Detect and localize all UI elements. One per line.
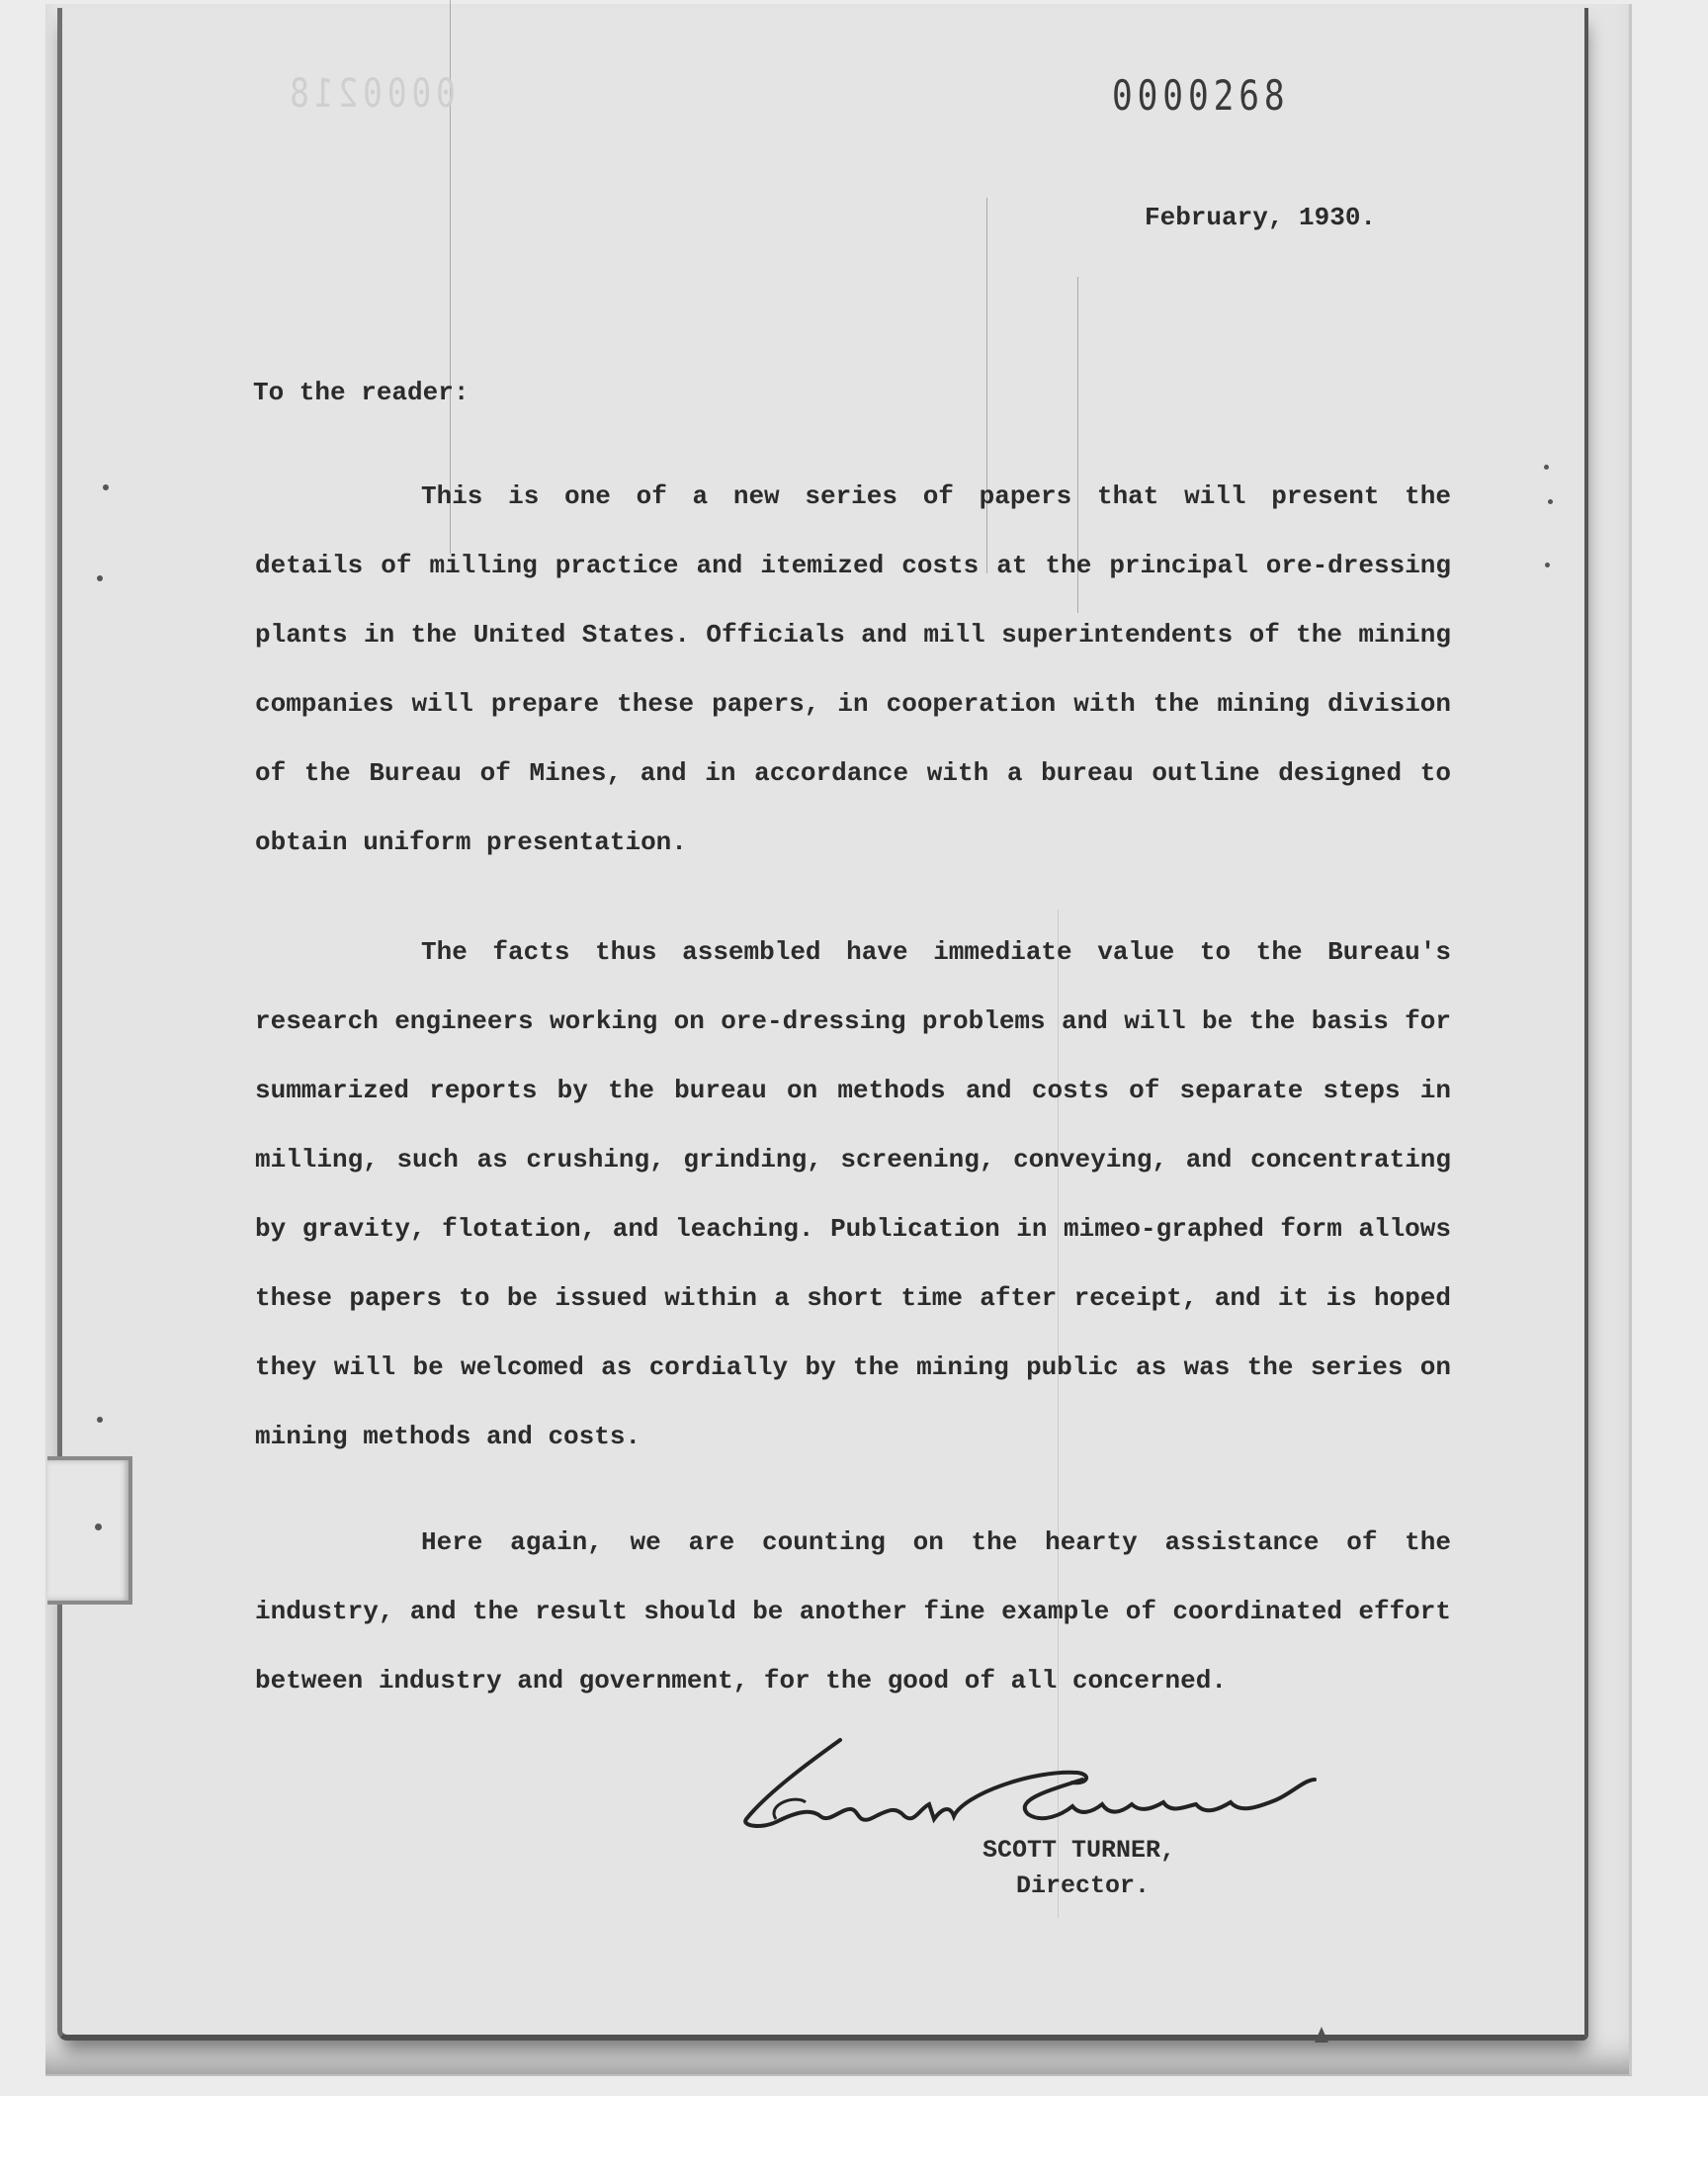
paragraph-2: The facts thus assembled have immediate … bbox=[255, 917, 1451, 1471]
binder-tab bbox=[47, 1456, 132, 1605]
punch-hole-icon bbox=[97, 1417, 103, 1423]
speck-mark bbox=[1545, 563, 1550, 567]
page-notch bbox=[1315, 2027, 1328, 2043]
signer-name: SCOTT TURNER, bbox=[982, 1836, 1175, 1865]
salutation: To the reader: bbox=[253, 378, 469, 407]
punch-hole-icon bbox=[97, 575, 103, 581]
paragraph-1: This is one of a new series of papers th… bbox=[255, 462, 1451, 877]
punch-hole-icon bbox=[103, 484, 109, 490]
bleed-through-stamp: 0000218 bbox=[301, 71, 456, 117]
punch-hole-icon bbox=[95, 1523, 102, 1530]
letter-date: February, 1930. bbox=[1145, 203, 1376, 232]
paragraph-3: Here again, we are counting on the heart… bbox=[255, 1508, 1451, 1715]
signer-title: Director. bbox=[1016, 1871, 1150, 1900]
speck-mark bbox=[1544, 465, 1549, 470]
speck-mark bbox=[1548, 499, 1553, 504]
document-stamp-number: 0000268 bbox=[1112, 71, 1290, 120]
handwritten-signature bbox=[736, 1725, 1320, 1834]
